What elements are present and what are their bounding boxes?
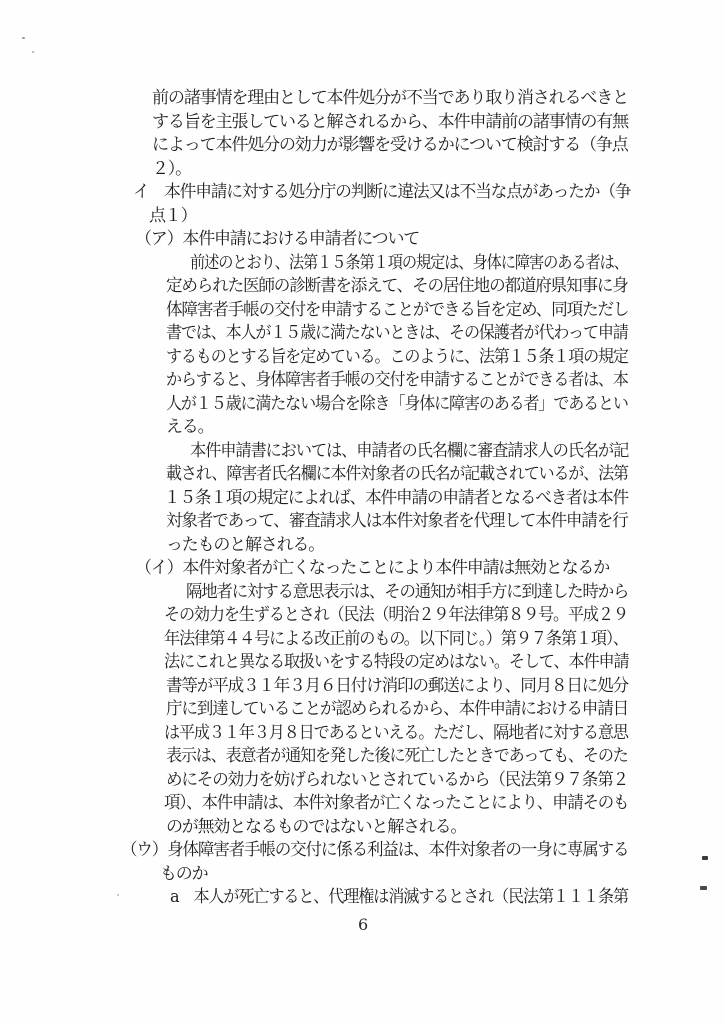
text-line: 定められた医師の診断書を添えて、その居住地の都道府県知事に身 xyxy=(166,276,640,297)
scan-speck xyxy=(32,51,34,53)
text-line: 項）、本件申請は、本件対象者が亡くなったことにより、申請そのも xyxy=(164,793,645,814)
scan-speck xyxy=(700,886,707,890)
text-line: （イ）本件対象者が亡くなったことにより本件申請は無効となるか xyxy=(135,558,609,579)
text-line: その効力を生ずるとされ（民法（明治２９年法律第８９号。平成２９ xyxy=(164,605,654,626)
text-line: 人が１５歳に満たない場合を除き「身体に障害のある者」であるとい xyxy=(166,394,656,415)
text-line: ２）。 xyxy=(152,159,191,180)
text-line: からすると、身体障害者手帳の交付を申請することができる者は、本 xyxy=(166,370,656,391)
text-line: ものか xyxy=(160,864,207,885)
scan-speck xyxy=(22,37,25,39)
text-line: 表示は、表意者が通知を発した後に死亡したときであっても、そのた xyxy=(166,746,656,767)
text-line: （ウ）身体障害者手帳の交付に係る利益は、本件対象者の一身に専属する xyxy=(121,840,642,861)
text-line: によって本件処分の効力が影響を受けるかについて検討する（争点 xyxy=(152,135,626,156)
text-line: 前述のとおり、法第１５条第１項の規定は、身体に障害のある者は、 xyxy=(190,253,680,274)
text-line: a 本人が死亡すると、代理権は消滅するとされ（民法第１１１条第 xyxy=(170,887,653,908)
text-line: 書では、本人が１５歳に満たないときは、その保護者が代わって申請 xyxy=(166,323,656,344)
text-line: のが無効となるものではないと解される。 xyxy=(166,817,466,838)
text-line: 前の諸事情を理由として本件処分が不当であり取り消されるべきと xyxy=(152,88,626,109)
text-line: 法にこれと異なる取扱いをする特段の定めはない。そして、本件申請 xyxy=(164,652,653,673)
text-line: 本件申請書においては、申請者の氏名欄に審査請求人の氏名が記 xyxy=(190,441,648,462)
text-line: 書等が平成３１年３月６日付け消印の郵送により、同月８日に処分 xyxy=(166,676,640,697)
text-line: するものとする旨を定めている。このように、法第１５条１項の規定 xyxy=(166,347,656,368)
text-line: １５条１項の規定によれば、本件申請の申請者となるべき者は本件 xyxy=(164,488,638,509)
text-line: は平成３１年３月８日であるといえる。ただし、隔地者に対する意思 xyxy=(164,723,654,744)
text-line: する旨を主張していると解されるから、本件申請前の諸事情の有無 xyxy=(152,112,626,133)
text-line: 年法律第４４号による改正前のもの。以下同じ。）第９７条第１項）、 xyxy=(164,629,652,650)
text-line: える。 xyxy=(166,417,213,438)
text-line: 隔地者に対する意思表示は、その通知が相手方に到達した時から xyxy=(186,582,644,603)
text-line: めにその効力を妨げられないとされているから（民法第９７条第２ xyxy=(166,770,640,791)
scan-speck xyxy=(702,856,708,860)
text-line: イ 本件申請に対する処分庁の判断に違法又は不当な点があったか（争 xyxy=(133,182,638,203)
document-page: 前の諸事情を理由として本件処分が不当であり取り消されるべきとする旨を主張している… xyxy=(0,0,724,1024)
text-line: ったものと解される。 xyxy=(166,535,324,556)
text-line: 庁に到達していることが認められるから、本件申請における申請日 xyxy=(166,699,640,720)
text-line: 載され、障害者氏名欄に本件対象者の氏名が記載されているが、法第 xyxy=(166,464,657,485)
text-line: 点１） xyxy=(149,206,196,227)
text-line: 体障害者手帳の交付を申請することができる旨を定め、同項ただし xyxy=(166,300,639,321)
page-number: 6 xyxy=(358,915,368,934)
scan-speck xyxy=(117,894,119,896)
text-line: （ア）本件申請における申請者について xyxy=(135,229,419,250)
text-line: 対象者であって、審査請求人は本件対象者を代理して本件申請を行 xyxy=(166,511,640,532)
